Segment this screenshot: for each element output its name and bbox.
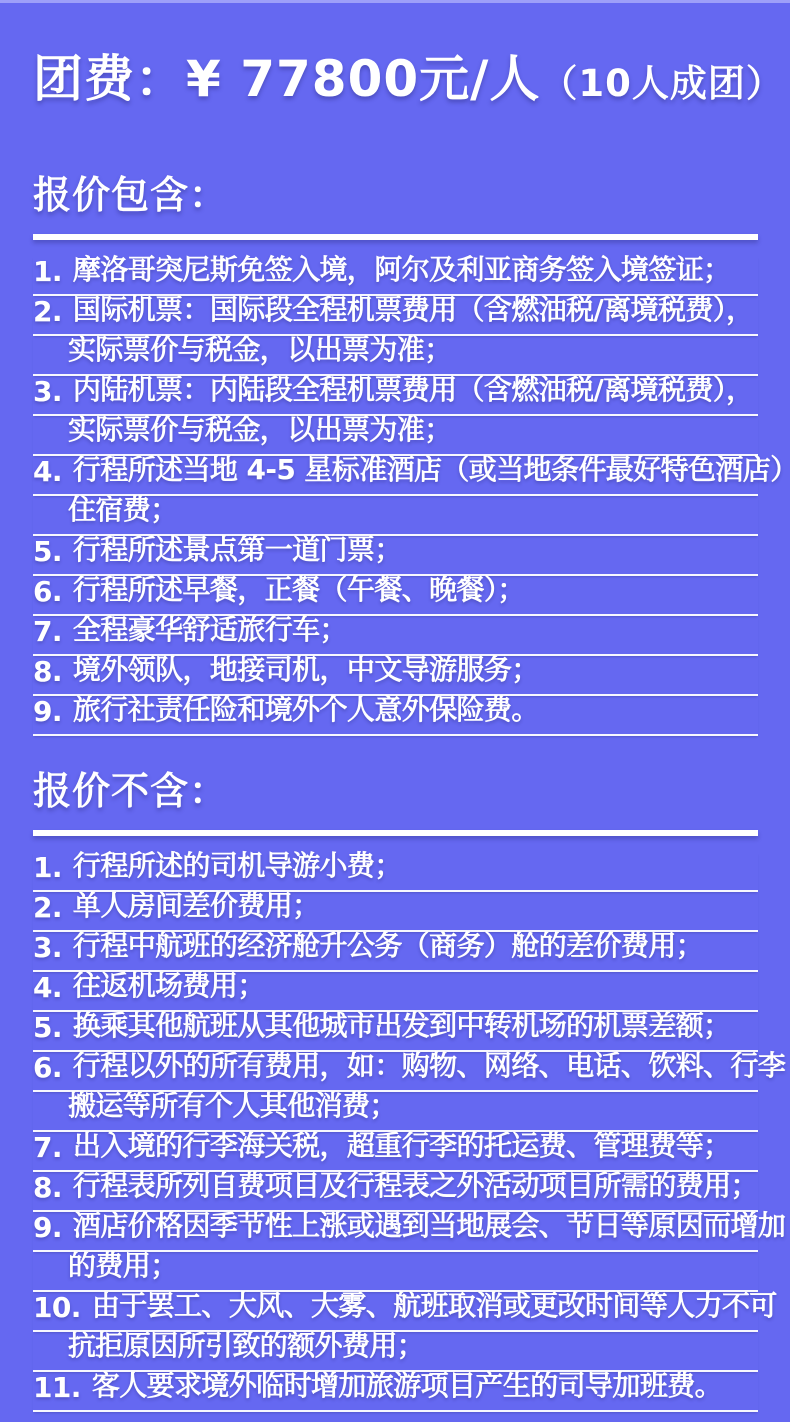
item-text: 国际机票：国际段全程机票费用（含燃油税/离境税费）， <box>73 288 754 328</box>
item-number: 2. <box>33 891 62 924</box>
sections: 报价包含：1.摩洛哥突尼斯免签入境，阿尔及利亚商务签入境签证；2.国际机票：国际… <box>33 172 758 1412</box>
tour-price-flyer: 团费：¥ 77800元/人（10人成团） 报价包含：1.摩洛哥突尼斯免签入境，阿… <box>0 0 790 1422</box>
section-heading-divider <box>33 830 758 836</box>
terms-item: 4.行程所述当地 4-5 星标准酒店（或当地条件最好特色酒店）住宿费； <box>33 456 758 536</box>
item-number: 10. <box>33 1291 81 1324</box>
item-text: 出入境的行李海关税，超重行李的托运费、管理费等； <box>73 1124 731 1164</box>
item-text: 全程豪华舒适旅行车； <box>73 608 347 648</box>
terms-item: 9.旅行社责任险和境外个人意外保险费。 <box>33 696 758 736</box>
section-quote-excluded: 报价不含：1.行程所述的司机导游小费；2.单人房间差价费用；3.行程中航班的经济… <box>33 768 758 1412</box>
section-quote-included: 报价包含：1.摩洛哥突尼斯免签入境，阿尔及利亚商务签入境签证；2.国际机票：国际… <box>33 172 758 736</box>
item-text: 酒店价格因季节性上涨或遇到当地展会、节日等原因而增加 <box>73 1204 785 1244</box>
item-text: 实际票价与税金，以出票为准； <box>68 328 452 368</box>
item-text: 实际票价与税金，以出票为准； <box>68 408 452 448</box>
item-number: 9. <box>33 695 62 728</box>
terms-item: 9.酒店价格因季节性上涨或遇到当地展会、节日等原因而增加的费用； <box>33 1212 758 1292</box>
item-number: 6. <box>33 575 62 608</box>
item-text: 搬运等所有个人其他消费； <box>68 1084 397 1124</box>
item-text: 的费用； <box>68 1244 178 1284</box>
item-number: 8. <box>33 1171 62 1204</box>
item-text: 单人房间差价费用； <box>73 884 320 924</box>
item-number: 8. <box>33 655 62 688</box>
item-text: 行程所述的司机导游小费； <box>73 844 402 884</box>
item-text: 客人要求境外临时增加旅游项目产生的司导加班费。 <box>92 1364 722 1404</box>
item-number: 7. <box>33 615 62 648</box>
item-number: 1. <box>33 851 62 884</box>
terms-line: 11.客人要求境外临时增加旅游项目产生的司导加班费。 <box>33 1372 758 1412</box>
section-heading: 报价包含： <box>33 172 758 218</box>
section-heading-divider <box>33 234 758 240</box>
item-text: 行程所述早餐，正餐（午餐、晚餐）； <box>73 568 525 608</box>
item-text: 行程表所列自费项目及行程表之外活动项目所需的费用； <box>73 1164 758 1204</box>
item-text: 行程中航班的经济舱升公务（商务）舱的差价费用； <box>73 924 703 964</box>
section-heading: 报价不含： <box>33 768 758 814</box>
terms-list: 1.行程所述的司机导游小费；2.单人房间差价费用；3.行程中航班的经济舱升公务（… <box>33 852 758 1412</box>
item-text: 内陆机票：内陆段全程机票费用（含燃油税/离境税费）， <box>73 368 754 408</box>
terms-line: 9.旅行社责任险和境外个人意外保险费。 <box>33 696 758 736</box>
terms-item: 6.行程以外的所有费用，如：购物、网络、电话、饮料、行李搬运等所有个人其他消费； <box>33 1052 758 1132</box>
item-text: 境外领队，地接司机，中文导游服务； <box>73 648 539 688</box>
item-text: 行程以外的所有费用，如：购物、网络、电话、饮料、行李 <box>73 1044 785 1084</box>
item-text: 往返机场费用； <box>73 964 265 1004</box>
terms-item: 10.由于罢工、大风、大雾、航班取消或更改时间等人力不可抗拒原因所引致的额外费用… <box>33 1292 758 1372</box>
item-number: 3. <box>33 931 62 964</box>
item-text: 住宿费； <box>68 488 178 528</box>
item-number: 11. <box>33 1371 81 1404</box>
item-number: 6. <box>33 1051 62 1084</box>
tour-fee-amount: 团费：¥ 77800元/人 <box>33 50 540 108</box>
item-number: 2. <box>33 295 62 328</box>
item-number: 7. <box>33 1131 62 1164</box>
terms-item: 3.内陆机票：内陆段全程机票费用（含燃油税/离境税费），实际票价与税金，以出票为… <box>33 376 758 456</box>
item-text: 行程所述景点第一道门票； <box>73 528 402 568</box>
item-text: 由于罢工、大风、大雾、航班取消或更改时间等人力不可 <box>92 1284 777 1324</box>
item-text: 换乘其他航班从其他城市出发到中转机场的机票差额； <box>73 1004 731 1044</box>
item-number: 9. <box>33 1211 62 1244</box>
terms-item: 2.国际机票：国际段全程机票费用（含燃油税/离境税费），实际票价与税金，以出票为… <box>33 296 758 376</box>
tour-fee-title: 团费：¥ 77800元/人（10人成团） <box>33 48 758 122</box>
group-requirement-note: （10人成团） <box>540 62 784 105</box>
item-text: 抗拒原因所引致的额外费用； <box>68 1324 424 1364</box>
item-number: 3. <box>33 375 62 408</box>
item-number: 4. <box>33 971 62 1004</box>
item-number: 4. <box>33 455 62 488</box>
item-number: 1. <box>33 255 62 288</box>
item-text: 行程所述当地 4-5 星标准酒店（或当地条件最好特色酒店） <box>73 448 790 488</box>
terms-item: 11.客人要求境外临时增加旅游项目产生的司导加班费。 <box>33 1372 758 1412</box>
item-number: 5. <box>33 1011 62 1044</box>
item-number: 5. <box>33 535 62 568</box>
item-text: 旅行社责任险和境外个人意外保险费。 <box>73 688 539 728</box>
terms-list: 1.摩洛哥突尼斯免签入境，阿尔及利亚商务签入境签证；2.国际机票：国际段全程机票… <box>33 256 758 736</box>
item-text: 摩洛哥突尼斯免签入境，阿尔及利亚商务签入境签证； <box>73 248 731 288</box>
